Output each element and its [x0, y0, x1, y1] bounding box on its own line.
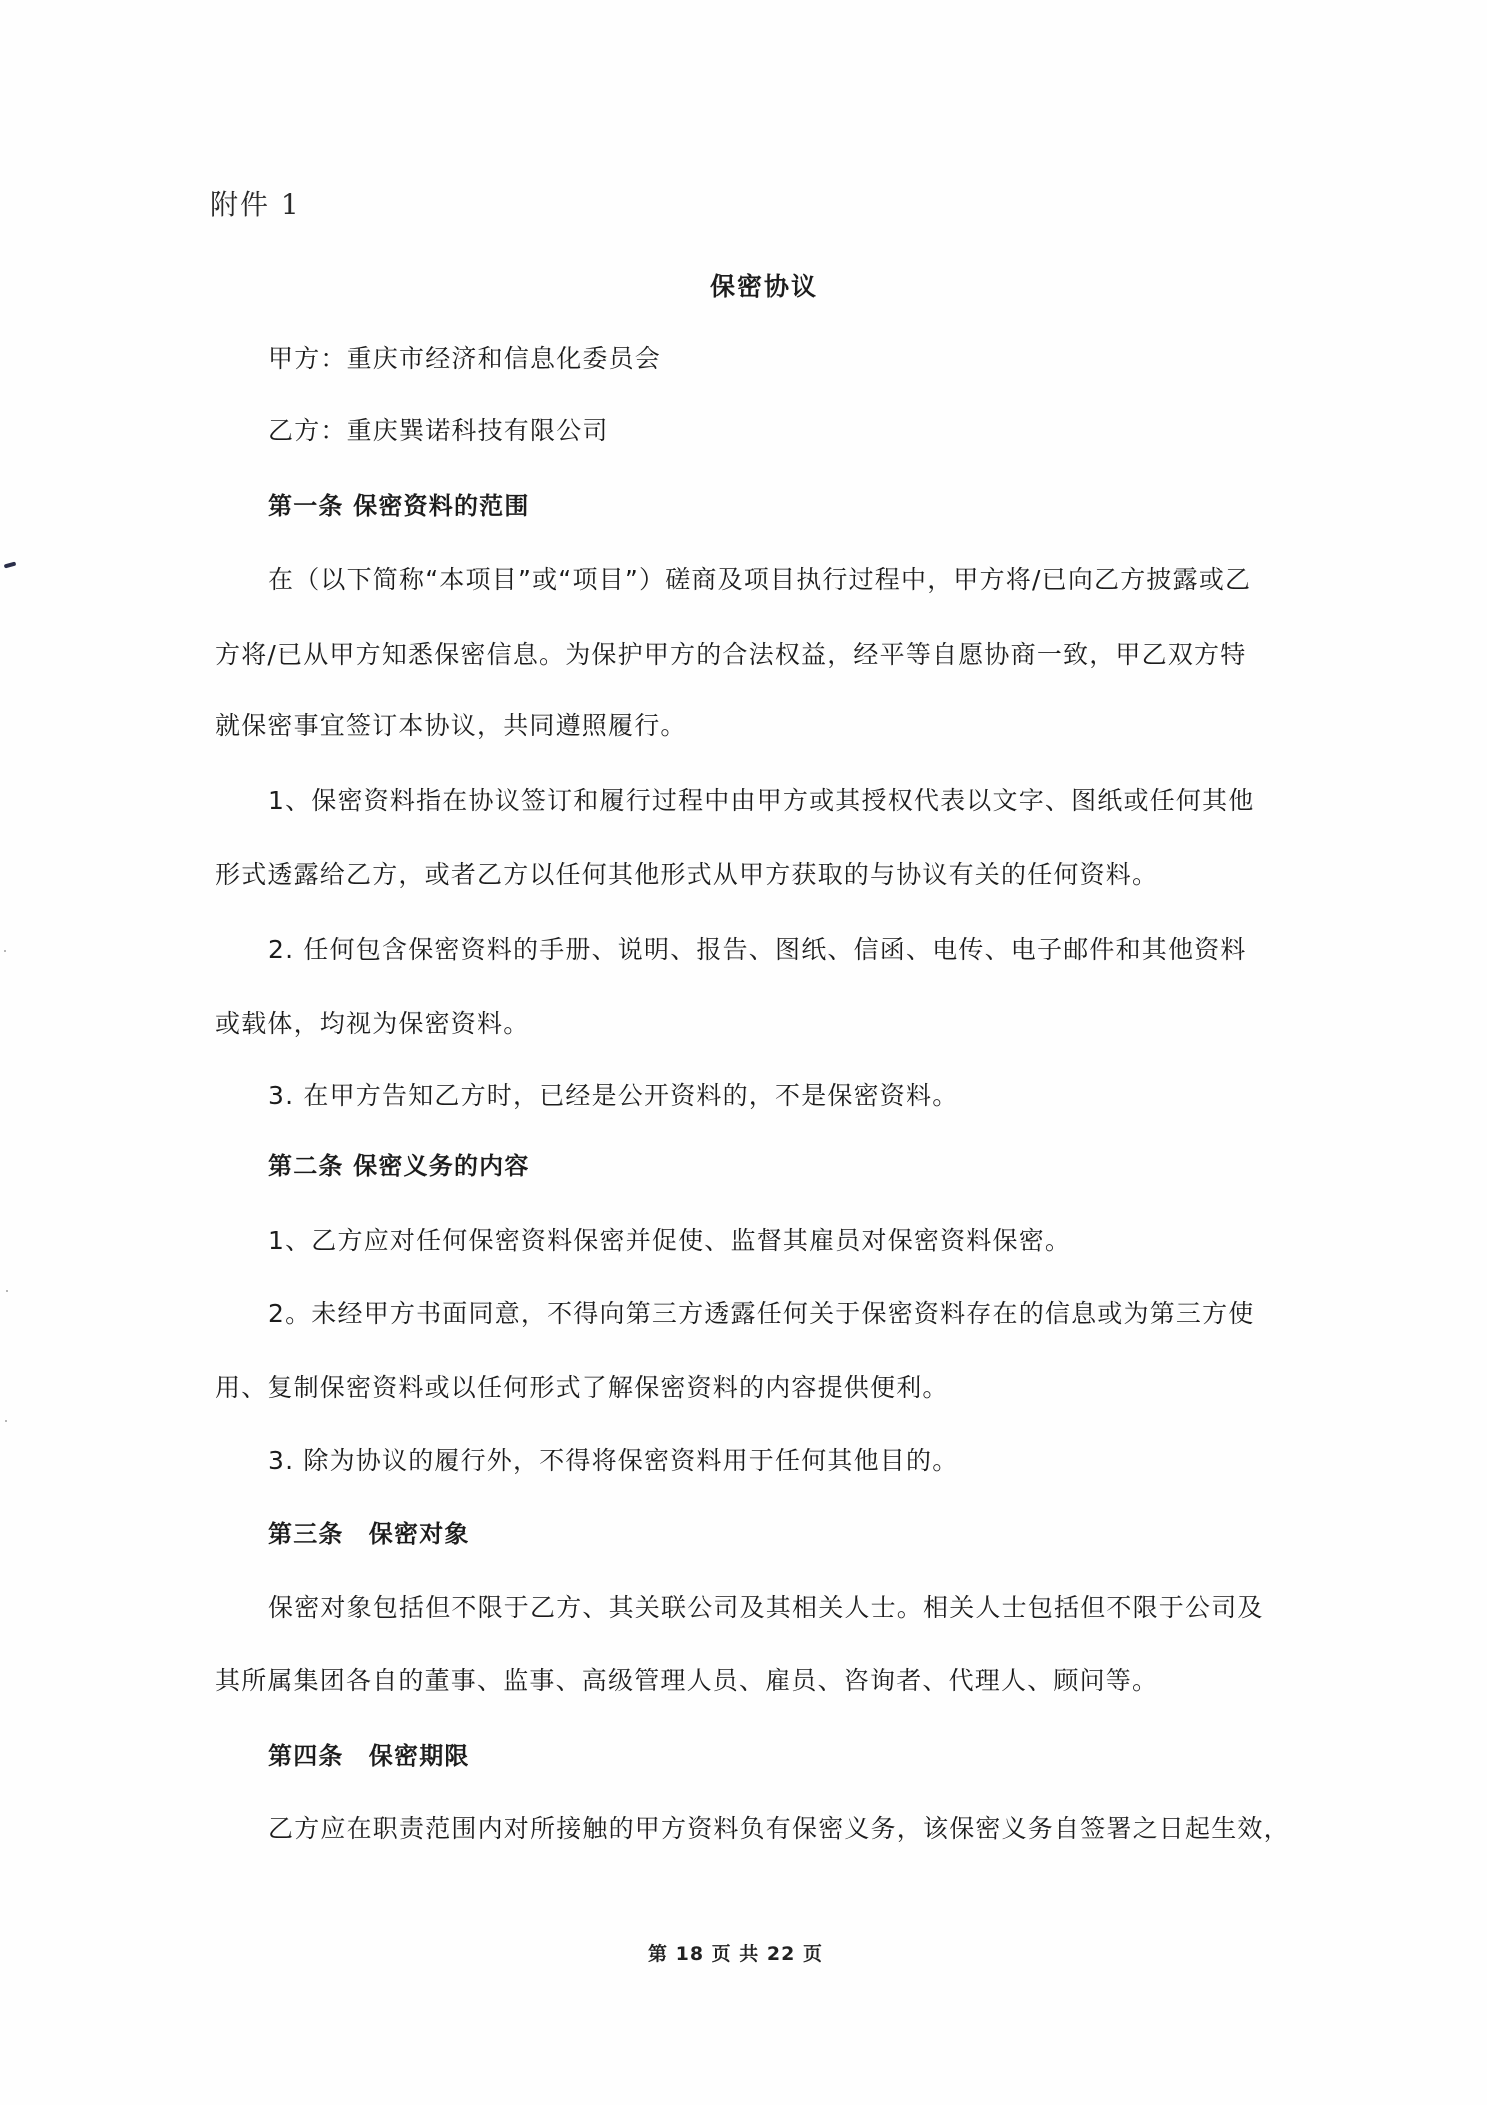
article-2-line: 用、复制保密资料或以任何形式了解保密资料的内容提供便利。 [215, 1371, 949, 1405]
article-1-line: 1、保密资料指在协议签订和履行过程中由甲方或其授权代表以文字、图纸或任何其他 [268, 784, 1255, 818]
article-1-line: 或载体，均视为保密资料。 [215, 1007, 529, 1041]
page-number-footer: 第 18 页 共 22 页 [648, 1937, 823, 1971]
document-page: 附件 1 保密协议 甲方：重庆市经济和信息化委员会 乙方：重庆巽诺科技有限公司 … [0, 0, 1487, 2105]
article-3-line: 保密对象包括但不限于乙方、其关联公司及其相关人士。相关人士包括但不限于公司及 [268, 1591, 1264, 1625]
article-4-heading: 第四条 保密期限 [268, 1739, 470, 1773]
article-2-line: 1、乙方应对任何保密资料保密并促使、监督其雇员对保密资料保密。 [268, 1224, 1071, 1258]
article-2-line: 2。未经甲方书面同意，不得向第三方透露任何关于保密资料存在的信息或为第三方使 [268, 1297, 1255, 1331]
scan-artifact-mark [4, 562, 17, 569]
article-2-heading: 第二条 保密义务的内容 [268, 1149, 530, 1183]
article-2-line: 3. 除为协议的履行外，不得将保密资料用于任何其他目的。 [268, 1444, 958, 1478]
article-3-heading: 第三条 保密对象 [268, 1517, 470, 1551]
article-1-heading: 第一条 保密资料的范围 [268, 489, 530, 523]
article-1-line: 形式透露给乙方，或者乙方以任何其他形式从甲方获取的与协议有关的任何资料。 [215, 858, 1158, 892]
party-a: 甲方：重庆市经济和信息化委员会 [268, 342, 661, 376]
article-4-line: 乙方应在职责范围内对所接触的甲方资料负有保密义务，该保密义务自签署之日起生效， [268, 1812, 1290, 1846]
article-1-line: 2. 任何包含保密资料的手册、说明、报告、图纸、信函、电传、电子邮件和其他资料 [268, 933, 1247, 967]
article-1-line: 在（以下简称“本项目”或“项目”）磋商及项目执行过程中，甲方将/已向乙方披露或乙 [268, 563, 1251, 597]
article-1-line: 就保密事宜签订本协议，共同遵照履行。 [215, 709, 687, 743]
article-3-line: 其所属集团各自的董事、监事、高级管理人员、雇员、咨询者、代理人、顾问等。 [215, 1664, 1158, 1698]
scan-artifact-dot [6, 1290, 8, 1292]
article-1-line: 3. 在甲方告知乙方时，已经是公开资料的，不是保密资料。 [268, 1079, 958, 1113]
scan-artifact-dot [4, 950, 6, 952]
article-1-line: 方将/已从甲方知悉保密信息。为保护甲方的合法权益，经平等自愿协商一致，甲乙双方特 [215, 638, 1246, 672]
document-title: 保密协议 [710, 270, 818, 304]
attachment-label: 附件 1 [210, 188, 301, 222]
scan-artifact-dot [5, 1420, 7, 1422]
party-b: 乙方：重庆巽诺科技有限公司 [268, 414, 609, 448]
